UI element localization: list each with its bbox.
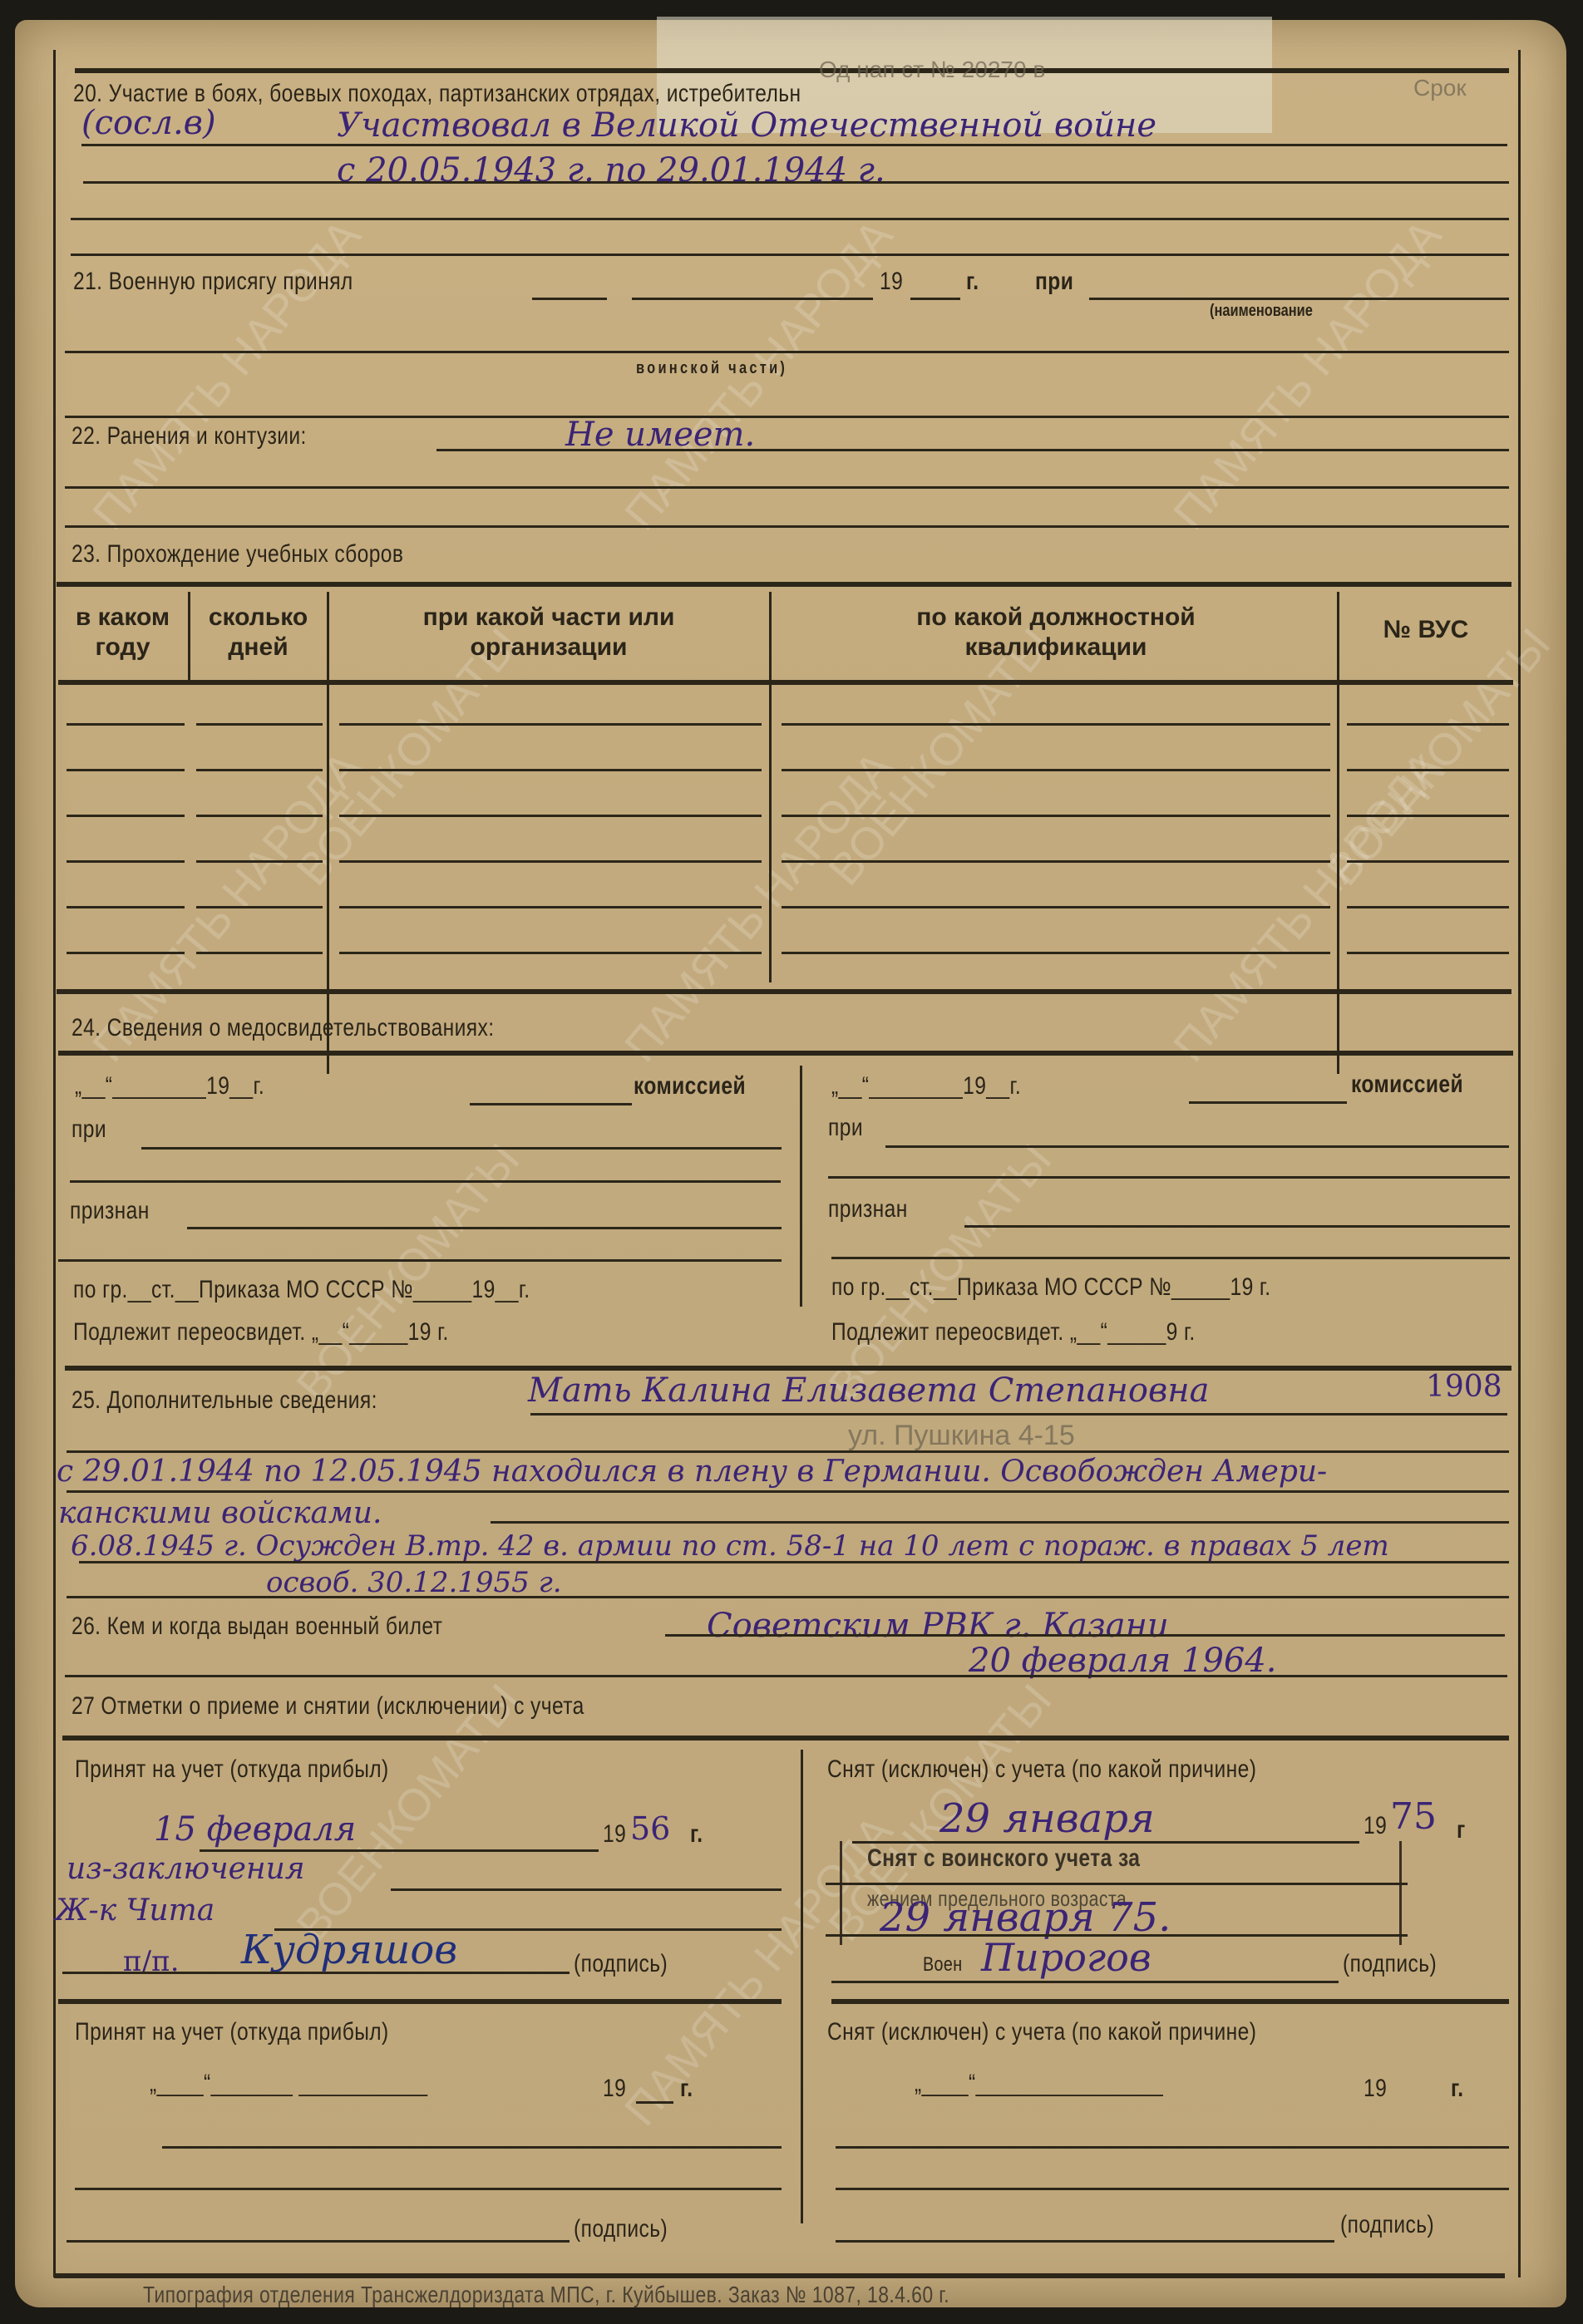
removed2-sign-label: (подпись)	[1340, 2211, 1434, 2239]
table-cell[interactable]	[196, 860, 323, 863]
rule	[70, 1180, 781, 1183]
blank-commission[interactable]	[470, 1103, 632, 1105]
table-cell[interactable]	[196, 952, 323, 954]
table-cell[interactable]	[67, 906, 185, 908]
col-divider	[188, 592, 190, 680]
section-25-line3: с 29.01.1944 по 12.05.1945 находился в п…	[57, 1455, 1327, 1489]
deregistration-stamp: Снят с воинского учета за жением предель…	[840, 1841, 1402, 1945]
rule	[65, 416, 1509, 418]
blank-commission[interactable]	[1189, 1101, 1347, 1104]
removed2-year: 19	[1364, 2075, 1387, 2103]
rule	[491, 1521, 1509, 1524]
col-divider	[327, 592, 329, 1074]
rule	[65, 351, 1509, 353]
rule	[58, 1999, 782, 2004]
frame-right	[1518, 50, 1521, 2277]
removed2-title: Снят (исключен) с учета (по какой причин…	[827, 2018, 1256, 2046]
table-cell[interactable]	[196, 906, 323, 908]
med-right-priznan: признан	[828, 1195, 908, 1224]
table-cell[interactable]	[196, 815, 323, 817]
blank-month[interactable]	[632, 298, 873, 300]
rule	[62, 1736, 1509, 1741]
table-cell[interactable]	[67, 723, 185, 726]
removed2-date: „____“________________	[915, 2070, 1163, 2098]
blank-pri[interactable]	[885, 1145, 1509, 1148]
section-23-label: 23. Прохождение учебных сборов	[72, 540, 403, 569]
table-cell[interactable]	[67, 815, 185, 817]
accepted2-g: г.	[680, 2075, 693, 2103]
blank-year[interactable]	[910, 298, 960, 300]
accepted-year: 56	[630, 1810, 670, 1847]
table-cell[interactable]	[339, 906, 762, 908]
accepted-year-prefix: 19	[603, 1820, 626, 1849]
rule	[65, 1366, 1511, 1371]
sub-label-name: (наименование	[1210, 302, 1313, 321]
section-24-label: 24. Сведения о медосвидетельствованиях:	[72, 1014, 495, 1042]
rule	[83, 181, 1509, 184]
section-21-label: 21. Военную присягу принял	[73, 268, 353, 296]
med-left-order: по гр.__ст.__Приказа МО СССР №_____19__г…	[73, 1276, 530, 1304]
table-cell[interactable]	[339, 815, 762, 817]
section-20-line2: с 20.05.1943 г. по 29.01.1944 г.	[337, 151, 885, 190]
section-26-label: 26. Кем и когда выдан военный билет	[72, 1613, 442, 1641]
section-27-label: 27 Отметки о приеме и снятии (исключении…	[72, 1692, 584, 1721]
rule	[836, 2188, 1509, 2190]
rule	[75, 2188, 782, 2190]
rule	[65, 525, 1509, 528]
rule	[831, 1999, 1509, 2004]
table-cell[interactable]	[196, 769, 323, 771]
removed-date: 29 января	[939, 1795, 1155, 1842]
removed2-g: г.	[1451, 2075, 1463, 2103]
section-22-label: 22. Ранения и контузии:	[72, 422, 307, 451]
section-25-line1: Мать Калина Елизавета Степановна	[528, 1371, 1209, 1410]
rule	[81, 144, 1507, 146]
removed-title: Снят (исключен) с учета (по какой причин…	[827, 1755, 1256, 1784]
removed-year: 75	[1390, 1795, 1437, 1838]
med-right-date: „__“________19__г.	[831, 1072, 1021, 1100]
accepted-from-2: Ж-к Чита	[55, 1893, 215, 1928]
section-25-label: 25. Дополнительные сведения:	[72, 1386, 377, 1415]
rule	[665, 1634, 1505, 1637]
med-left-reexam: Подлежит переосвидет. „__“_____19 г.	[73, 1318, 449, 1347]
table-cell[interactable]	[196, 723, 323, 726]
rule	[71, 254, 1509, 256]
med-right-pri: при	[828, 1114, 863, 1142]
col-header-year: в какомгоду	[58, 603, 187, 662]
section-25-address: ул. Пушкина 4-15	[848, 1420, 1075, 1452]
accepted-signature: Кудряшов	[241, 1927, 457, 1973]
col-divider	[801, 1750, 803, 2223]
rule	[67, 1490, 1509, 1493]
med-left-priznan: признан	[70, 1197, 150, 1225]
rule	[826, 1883, 1408, 1885]
table-cell[interactable]	[1347, 906, 1509, 908]
rule	[58, 1259, 782, 1262]
rule	[54, 2273, 1505, 2278]
table-cell[interactable]	[67, 860, 185, 863]
table-cell[interactable]	[1347, 769, 1509, 771]
printer-footer: Типография отделения Трансжелдориздата М…	[143, 2282, 949, 2308]
rule	[391, 1888, 782, 1891]
section-25-year: 1908	[1426, 1370, 1502, 1404]
removed-sign-label: (подпись)	[1343, 1950, 1437, 1978]
accepted-title: Принят на учет (откуда прибыл)	[75, 1755, 389, 1784]
accepted-g: г.	[690, 1820, 703, 1849]
accepted2-date: „____“_______ ___________	[150, 2070, 427, 2098]
rule	[75, 68, 1509, 73]
section-25-line6: освоб. 30.12.1955 г.	[266, 1566, 562, 1599]
rule	[65, 486, 1509, 489]
rule	[67, 1596, 1509, 1598]
faint-overprint-right: Срок	[1413, 75, 1467, 101]
col-divider	[800, 1066, 802, 1307]
table-bottom-rule	[57, 989, 1511, 994]
section-20-prefix: (сосл.в)	[81, 104, 216, 142]
accepted-from-1: из-заключения	[67, 1852, 305, 1886]
med-right-order: по гр.__ст.__Приказа МО СССР №_____19 г.	[831, 1273, 1271, 1302]
table-cell[interactable]	[782, 860, 1330, 863]
blank-unit[interactable]	[1089, 298, 1509, 300]
stamp-voenkom: Воен	[923, 1953, 963, 1977]
table-cell[interactable]	[339, 769, 762, 771]
accepted-sign-label: (подпись)	[574, 1950, 668, 1978]
accepted2-sign-label: (подпись)	[574, 2215, 668, 2243]
rule	[162, 2146, 782, 2149]
accepted2-title: Принят на учет (откуда прибыл)	[75, 2018, 389, 2046]
table-cell[interactable]	[1347, 723, 1509, 726]
accepted-date: 15 февраля	[154, 1810, 356, 1849]
table-cell[interactable]	[782, 815, 1330, 817]
rule	[831, 1257, 1510, 1259]
accepted2-year: 19	[603, 2075, 626, 2103]
blank-wounds[interactable]	[436, 449, 1509, 451]
rule	[65, 1675, 1507, 1677]
col-header-vus: № ВУС	[1343, 615, 1509, 645]
rule	[71, 218, 1509, 220]
section-26-line1: Советским РВК г. Казани	[707, 1607, 1169, 1645]
med-left-komissiey: комиссией	[634, 1072, 746, 1100]
table-cell[interactable]	[67, 769, 185, 771]
table-cell[interactable]	[782, 769, 1330, 771]
table-cell[interactable]	[67, 952, 185, 954]
removed-year-prefix: 19	[1364, 1812, 1387, 1840]
frame-left	[53, 50, 56, 2277]
table-cell[interactable]	[1347, 860, 1509, 863]
rule	[67, 1450, 1509, 1453]
blank-day[interactable]	[532, 298, 607, 300]
year-prefix: 19	[880, 268, 903, 296]
table-cell[interactable]	[339, 723, 762, 726]
table-top-rule	[57, 582, 1511, 587]
med-left-date: „__“________19__г.	[75, 1072, 264, 1100]
table-cell[interactable]	[339, 860, 762, 863]
table-cell[interactable]	[1347, 815, 1509, 817]
col-header-unit: при какой части илиорганизации	[328, 603, 769, 662]
table-header-rule	[58, 680, 1513, 685]
med-right-reexam: Подлежит переосвидет. „__“_____9 г.	[831, 1318, 1196, 1347]
blank-pri[interactable]	[141, 1147, 782, 1150]
rule	[828, 1176, 1510, 1179]
med-right-komissiey: комиссией	[1351, 1071, 1463, 1099]
table-cell[interactable]	[1347, 952, 1509, 954]
pri-label: при	[1035, 268, 1073, 296]
col-divider	[769, 592, 772, 982]
faint-overprint: Од нап ст № 20270 в	[819, 57, 1045, 83]
med-left-pri: при	[72, 1115, 106, 1144]
rule	[836, 2146, 1509, 2149]
blank-signature[interactable]	[67, 2240, 570, 2243]
blank-signature[interactable]	[62, 1972, 570, 1974]
blank-year[interactable]	[636, 2101, 673, 2104]
blank-signature[interactable]	[831, 1981, 1339, 1983]
table-cell[interactable]	[782, 723, 1330, 726]
removed-signature: Пирогов	[981, 1935, 1151, 1980]
col-header-qualification: по какой должностнойквалификации	[769, 603, 1343, 662]
section-25-line4: канскими войсками.	[58, 1496, 382, 1530]
rule	[530, 1413, 1507, 1416]
table-cell[interactable]	[339, 952, 762, 954]
col-header-days: сколькодней	[190, 603, 327, 662]
section-25-line5: 6.08.1945 г. Осужден В.тр. 42 в. армии п…	[71, 1529, 1389, 1563]
blank-priznan[interactable]	[964, 1225, 1510, 1228]
col-divider	[1337, 592, 1339, 1074]
section-20-line1: Участвовал в Великой Отечественной войне	[337, 106, 1156, 145]
table-cell[interactable]	[782, 906, 1330, 908]
stamp-line1: Снят с воинского учета за	[867, 1844, 1140, 1873]
year-suffix: г.	[966, 268, 979, 296]
sub-label-unit: воинской части)	[636, 359, 787, 378]
rule	[79, 1561, 1509, 1563]
blank-signature[interactable]	[836, 2240, 1334, 2243]
rule	[58, 1051, 1513, 1056]
removed-g: г	[1457, 1816, 1466, 1844]
table-cell[interactable]	[782, 952, 1330, 954]
blank-priznan[interactable]	[187, 1227, 782, 1229]
